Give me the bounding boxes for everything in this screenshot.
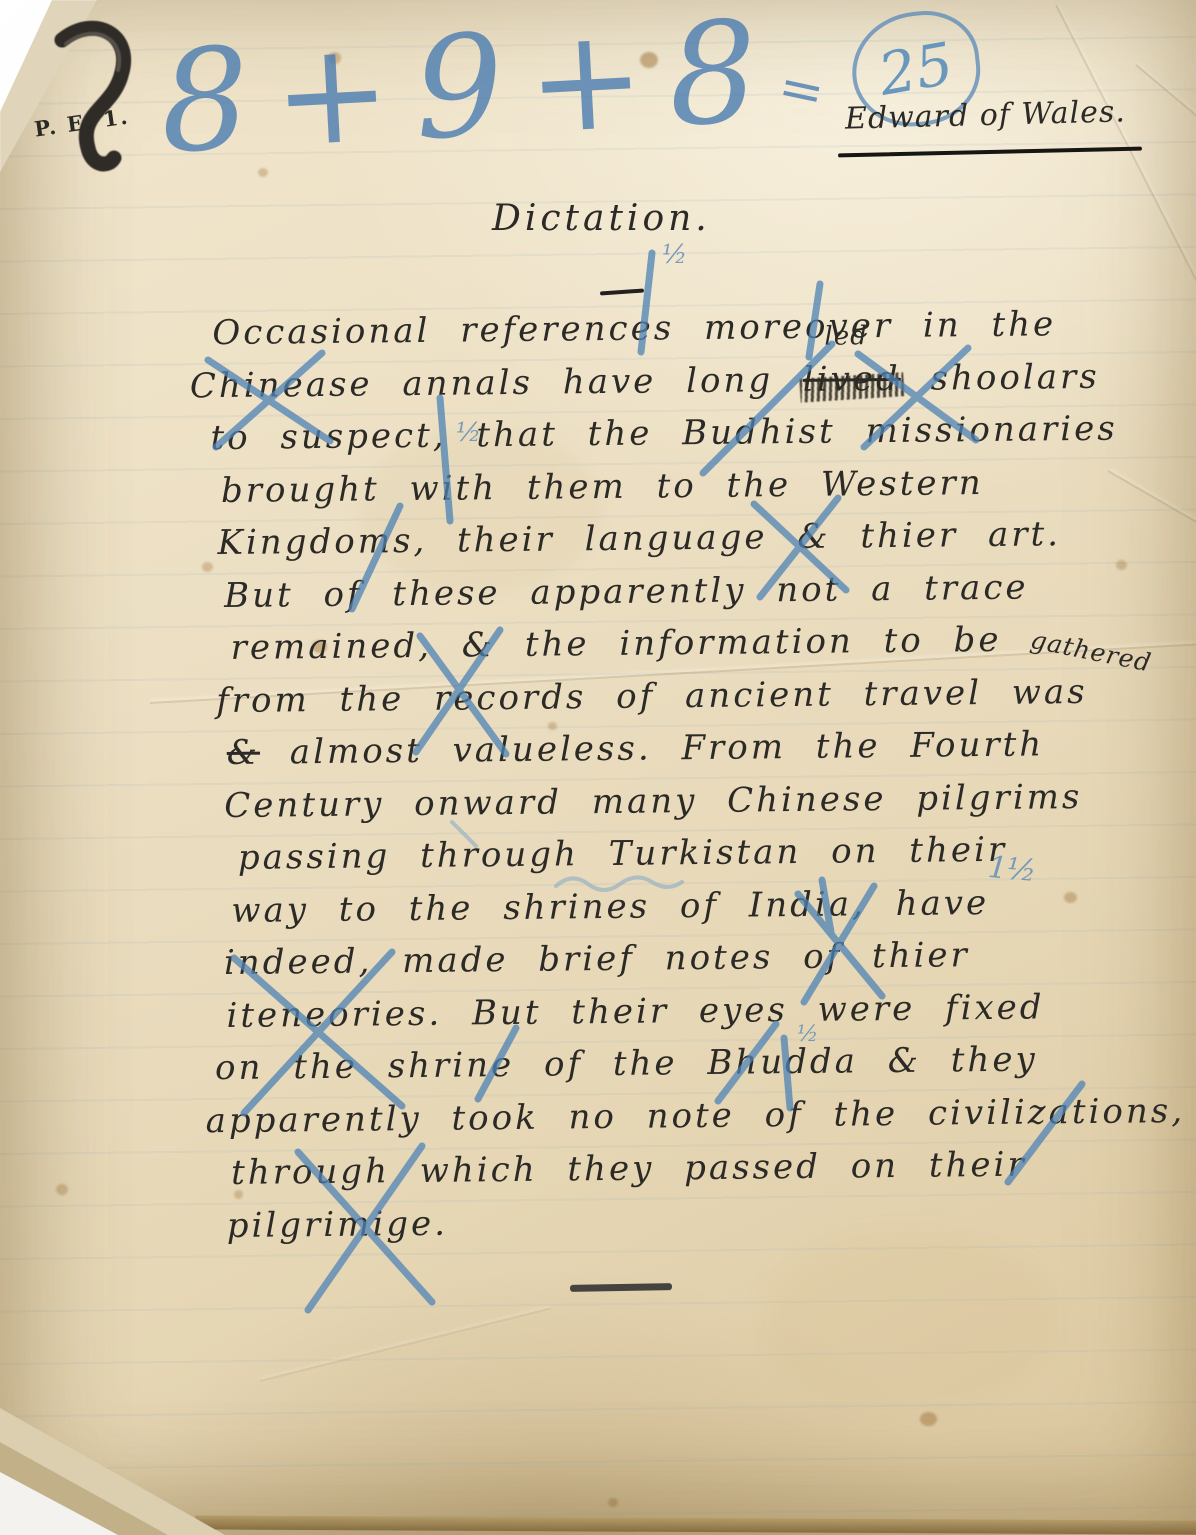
stain (920, 1412, 937, 1426)
correction-wrap: livedled (803, 352, 901, 406)
line-text: remained, & the information to be (230, 620, 1031, 668)
crease (260, 1307, 552, 1382)
scanned-dictation-page: P. E. 1. 8+9+8 = 25 Edward of Wales. Dic… (0, 0, 1196, 1535)
struck-word: lived (803, 352, 901, 406)
fraction-mark: ½ (797, 1022, 818, 1047)
body-line: pilgrimige. (226, 1189, 1196, 1252)
crease (1135, 64, 1196, 213)
struck-ampersand: & (227, 733, 261, 773)
water-stain (760, 1230, 1060, 1410)
stain (608, 1498, 618, 1507)
fraction-mark: ½ (456, 418, 481, 448)
grade-expression: 8+9+8 (156, 0, 786, 185)
page-title: Dictation. (492, 198, 711, 239)
stain (56, 1184, 68, 1195)
fraction-mark: 1½ (987, 850, 1038, 889)
student-name: Edward of Wales. (845, 94, 1127, 136)
crease (1055, 5, 1196, 344)
line-text: Chinease annals have long (190, 359, 803, 405)
inserted-word: led (824, 323, 868, 349)
line-text: almost valueless. From the Fourth (260, 724, 1045, 772)
line-text: shoolars (901, 356, 1100, 398)
sheet-bottom-edge (195, 1515, 1196, 1534)
grade-total: 25 (874, 29, 958, 109)
dictation-body: Occasional references moreover in the Ch… (207, 297, 1196, 1252)
fraction-mark: ½ (662, 240, 687, 270)
